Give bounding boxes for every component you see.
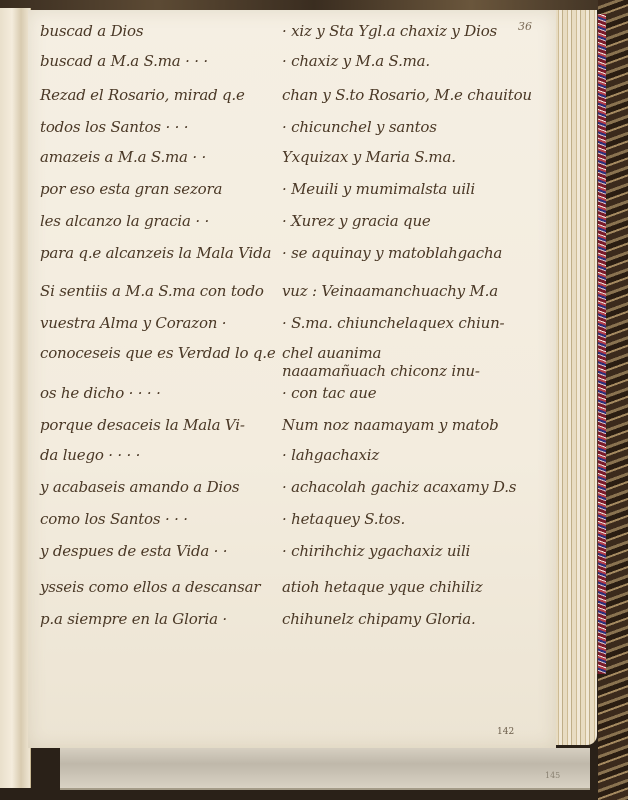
translation-text: Num noz naamayam y matob [282, 416, 499, 434]
spanish-text: porque desaceis la Mala Vi- [40, 416, 245, 434]
spanish-text: Si sentiis a M.a S.ma con todo [40, 282, 264, 300]
spanish-text: ysseis como ellos a descansar [40, 578, 260, 596]
spanish-text: les alcanzo la gracia · · [40, 212, 209, 230]
translation-text: atioh hetaque yque chihiliz [282, 578, 482, 596]
translation-text: · Meuili y mumimalsta uili [282, 180, 475, 198]
translation-text: · xiz y Sta Ygl.a chaxiz y Dios [282, 22, 497, 40]
manuscript-line: buscad a Dios· xiz y Sta Ygl.a chaxiz y … [0, 22, 628, 52]
spanish-text: vuestra Alma y Corazon · [40, 314, 226, 332]
manuscript-line: y despues de esta Vida · ·· chirihchiz y… [0, 542, 628, 572]
translation-text: chan y S.to Rosario, M.e chauitou [282, 86, 532, 104]
manuscript-line: porque desaceis la Mala Vi-Num noz naama… [0, 416, 628, 446]
spanish-text: amazeis a M.a S.ma · · [40, 148, 206, 166]
translation-text: · hetaquey S.tos. [282, 510, 405, 528]
spanish-text: como los Santos · · · [40, 510, 188, 528]
water-stain-bottom [60, 748, 590, 790]
spanish-text: para q.e alcanzeis la Mala Vida [40, 244, 271, 262]
spanish-text: Rezad el Rosario, mirad q.e [40, 86, 245, 104]
manuscript-line: para q.e alcanzeis la Mala Vida· se aqui… [0, 244, 628, 274]
spanish-text: da luego · · · · [40, 446, 140, 464]
translation-text: Yxquizax y Maria S.ma. [282, 148, 456, 166]
translation-text: · achacolah gachiz acaxamy D.s [282, 478, 516, 496]
manuscript-line: les alcanzo la gracia · ·· Xurez y graci… [0, 212, 628, 242]
translation-text: · chaxiz y M.a S.ma. [282, 52, 430, 70]
manuscript-line: Rezad el Rosario, mirad q.echan y S.to R… [0, 86, 628, 116]
spanish-text: y despues de esta Vida · · [40, 542, 227, 560]
translation-text: · S.ma. chiunchelaquex chiun- [282, 314, 504, 332]
manuscript-line: buscad a M.a S.ma · · ·· chaxiz y M.a S.… [0, 52, 628, 82]
spanish-text: y acabaseis amando a Dios [40, 478, 239, 496]
manuscript-line: ysseis como ellos a descansaratioh hetaq… [0, 578, 628, 608]
manuscript-line: vuestra Alma y Corazon ·· S.ma. chiunche… [0, 314, 628, 344]
translation-text: · se aquinay y matoblahgacha [282, 244, 502, 262]
spanish-text: conoceseis que es Verdad lo q.e [40, 344, 276, 362]
manuscript-line: os he dicho · · · ·· con tac aue [0, 384, 628, 414]
spanish-text: por eso esta gran sezora [40, 180, 222, 198]
manuscript-line: Si sentiis a M.a S.ma con todovuz : Vein… [0, 282, 628, 312]
manuscript-line: todos los Santos · · ·· chicunchel y san… [0, 118, 628, 148]
corner-mark: 145 [545, 771, 560, 780]
manuscript-line: amazeis a M.a S.ma · ·Yxquizax y Maria S… [0, 148, 628, 178]
manuscript-line: como los Santos · · ·· hetaquey S.tos. [0, 510, 628, 540]
translation-text: vuz : Veinaamanchuachy M.a [282, 282, 498, 300]
manuscript-line: por eso esta gran sezora· Meuili y mumim… [0, 180, 628, 210]
translation-text: · Xurez y gracia que [282, 212, 431, 230]
spanish-text: p.a siempre en la Gloria · [40, 610, 227, 628]
translation-text: · con tac aue [282, 384, 376, 402]
manuscript-scan: 36 142 145 buscad a Dios· xiz y Sta Ygl.… [0, 0, 628, 800]
translation-text: naaamañuach chiconz inu- [282, 362, 480, 380]
manuscript-line: p.a siempre en la Gloria ·chihunelz chip… [0, 610, 628, 640]
spanish-text: todos los Santos · · · [40, 118, 188, 136]
spanish-text: buscad a M.a S.ma · · · [40, 52, 208, 70]
binding-cover-top [0, 0, 628, 10]
translation-text: chihunelz chipamy Gloria. [282, 610, 476, 628]
folio-number-bottom: 142 [497, 727, 514, 737]
spanish-text: buscad a Dios [40, 22, 143, 40]
translation-text: · lahgachaxiz [282, 446, 379, 464]
translation-text: chel auanima [282, 344, 381, 362]
translation-text: · chicunchel y santos [282, 118, 437, 136]
manuscript-line: da luego · · · ·· lahgachaxiz [0, 446, 628, 476]
translation-text: · chirihchiz ygachaxiz uili [282, 542, 470, 560]
manuscript-line: y acabaseis amando a Dios· achacolah gac… [0, 478, 628, 508]
spanish-text: os he dicho · · · · [40, 384, 161, 402]
